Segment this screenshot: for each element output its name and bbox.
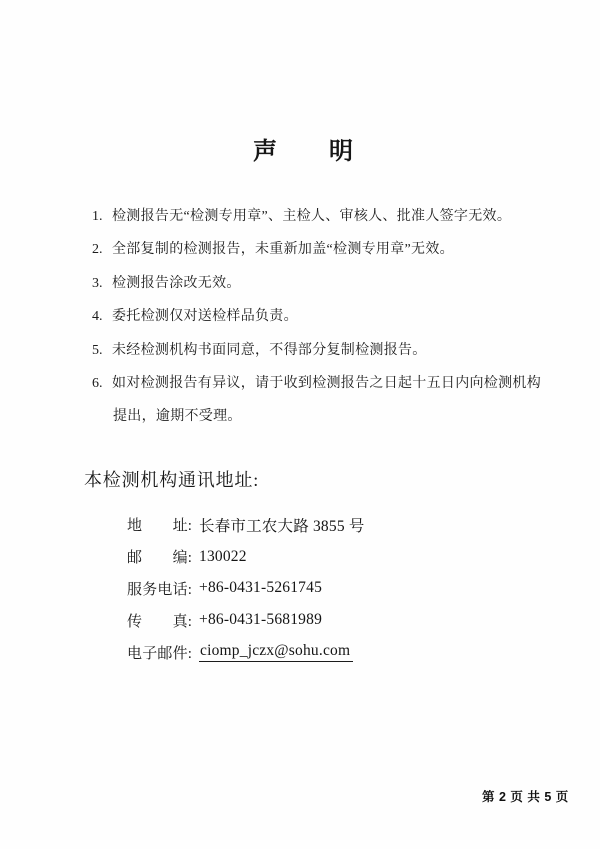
- contact-section-heading: 本检测机构通讯地址:: [84, 466, 259, 492]
- contact-label-service-phone: 服务电话:: [127, 578, 193, 599]
- declaration-title-char-right: 明: [329, 139, 353, 165]
- statement-item-text: 委托检测仅对送检样品负责。: [112, 309, 298, 324]
- statement-item-3: 3.检测报告涂改无效。: [92, 267, 550, 300]
- contact-label-postcode: 邮 编:: [127, 546, 193, 567]
- statement-list: 1.检测报告无“检测专用章”、主检人、审核人、批准人签字无效。 2.全部复制的检…: [92, 200, 550, 434]
- statement-item-text: 未经检测机构书面同意，不得部分复制检测报告。: [112, 343, 427, 358]
- statement-item-text: 如对检测报告有异议，请于收到检测报告之日起十五日内向检测机构提出，逾期不受理。: [112, 376, 541, 424]
- statement-item-text: 检测报告无“检测专用章”、主检人、审核人、批准人签字无效。: [112, 209, 511, 224]
- contact-value-email: ciomp_jczx@sohu.com: [199, 642, 353, 662]
- statement-item-6: 6.如对检测报告有异议，请于收到检测报告之日起十五日内向检测机构提出，逾期不受理…: [92, 367, 550, 434]
- contact-rows: 地 址: 长春市工农大路 3855 号 邮 编: 130022 服务电话: +8…: [127, 509, 365, 668]
- statement-item-text: 全部复制的检测报告，未重新加盖“检测专用章”无效。: [112, 242, 454, 257]
- statement-item-number: 5.: [92, 334, 106, 367]
- statement-item-5: 5.未经检测机构书面同意，不得部分复制检测报告。: [92, 334, 550, 367]
- contact-row-postcode: 邮 编: 130022: [127, 541, 365, 573]
- declaration-title-char-left: 声: [253, 139, 277, 165]
- contact-label-email: 电子邮件:: [127, 642, 193, 663]
- statement-item-1: 1.检测报告无“检测专用章”、主检人、审核人、批准人签字无效。: [92, 200, 550, 233]
- statement-item-number: 6.: [92, 367, 106, 400]
- contact-row-email: 电子邮件: ciomp_jczx@sohu.com: [127, 636, 365, 668]
- statement-item-number: 2.: [92, 233, 106, 266]
- contact-row-service-phone: 服务电话: +86-0431-5261745: [127, 573, 365, 605]
- page-number-indicator: 第 2 页 共 5 页: [482, 787, 569, 805]
- contact-value-service-phone: +86-0431-5261745: [199, 579, 322, 597]
- statement-item-number: 4.: [92, 300, 106, 333]
- contact-label-address: 地 址:: [127, 514, 193, 535]
- contact-row-address: 地 址: 长春市工农大路 3855 号: [127, 509, 365, 541]
- statement-item-number: 1.: [92, 200, 106, 233]
- contact-value-fax: +86-0431-5681989: [199, 611, 322, 629]
- scanned-document-page: 声 明 1.检测报告无“检测专用章”、主检人、审核人、批准人签字无效。 2.全部…: [0, 0, 600, 849]
- statement-item-2: 2.全部复制的检测报告，未重新加盖“检测专用章”无效。: [92, 233, 550, 266]
- declaration-title: 声 明: [0, 139, 600, 165]
- statement-item-text: 检测报告涂改无效。: [112, 276, 241, 291]
- contact-value-postcode: 130022: [199, 548, 247, 566]
- statement-item-4: 4.委托检测仅对送检样品负责。: [92, 300, 550, 333]
- contact-value-address: 长春市工农大路 3855 号: [199, 514, 365, 536]
- statement-item-number: 3.: [92, 267, 106, 300]
- contact-label-fax: 传 真:: [127, 610, 193, 631]
- contact-row-fax: 传 真: +86-0431-5681989: [127, 604, 365, 636]
